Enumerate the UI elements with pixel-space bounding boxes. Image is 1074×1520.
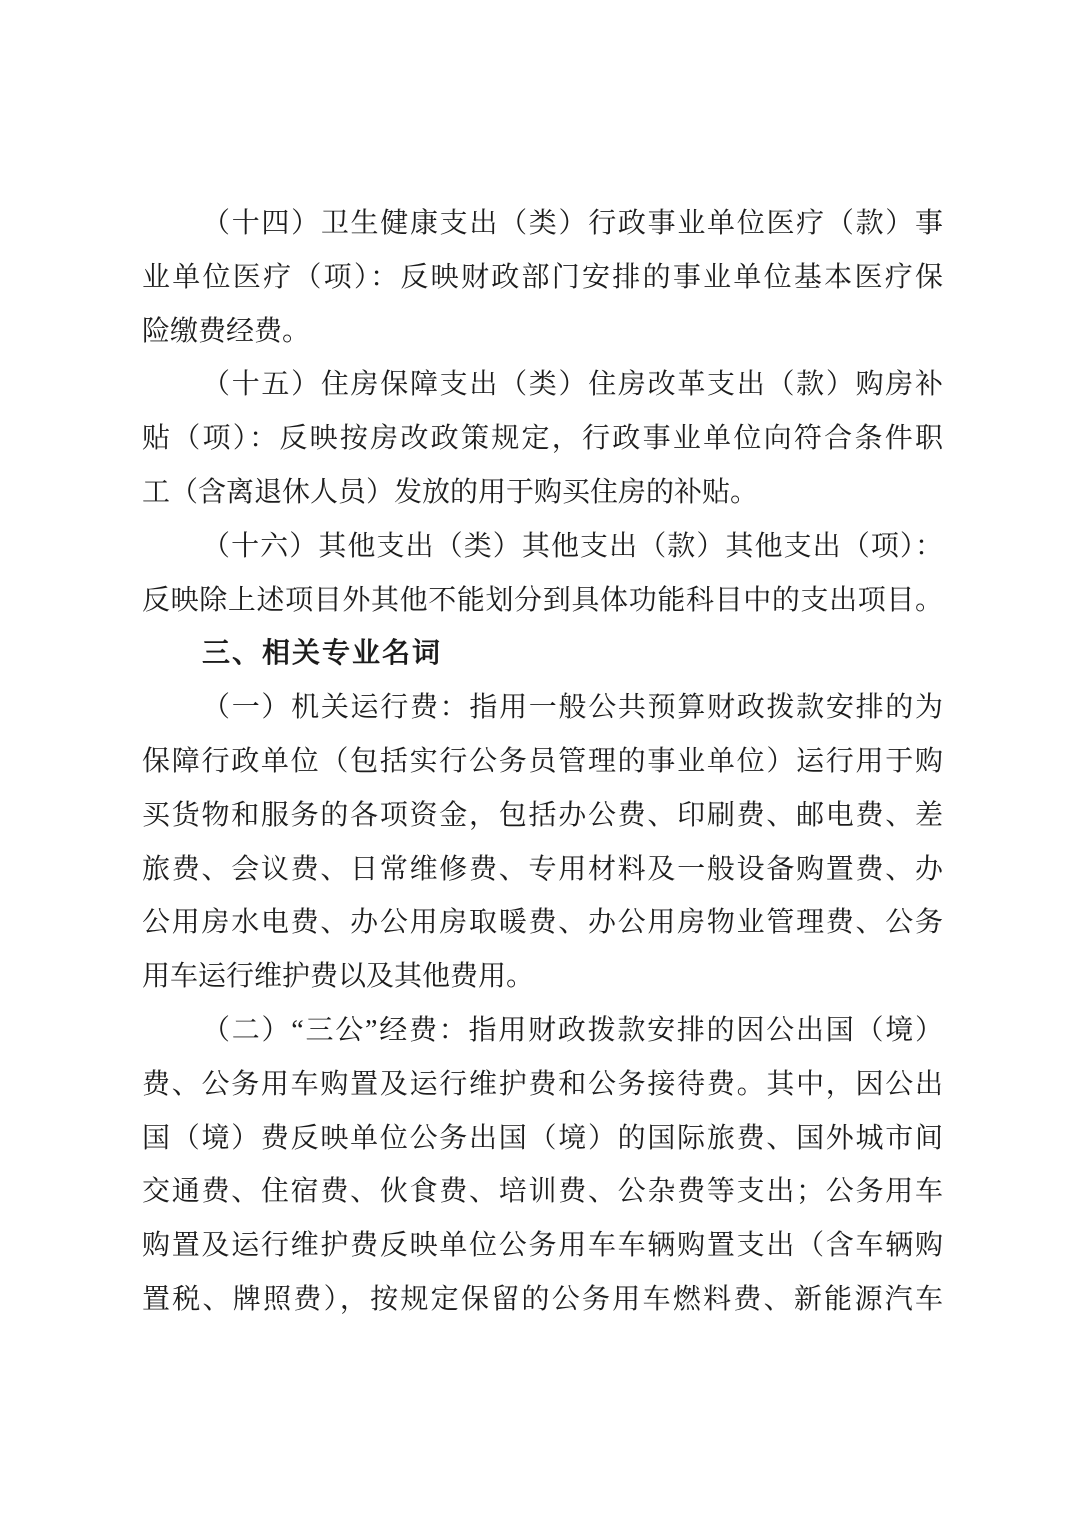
paragraph-expense-item-15: （十五）住房保障支出（类）住房改革支出（款）购房补 贴（项）：反映按房改政策规定… (142, 358, 943, 519)
document-line: 国（境）费反映单位公务出国（境）的国际旅费、国外城市间 (142, 1112, 943, 1166)
paragraph-expense-item-16: （十六）其他支出（类）其他支出（款）其他支出（项）： 反映除上述项目外其他不能划… (142, 520, 943, 628)
paragraph-term-agency-operation-fee: （一）机关运行费：指用一般公共预算财政拨款安排的为 保障行政单位（包括实行公务员… (142, 681, 943, 1004)
document-line: 购置及运行维护费反映单位公务用车车辆购置支出（含车辆购 (142, 1219, 943, 1273)
paragraph-term-three-public-funds: （二）“三公”经费：指用财政拨款安排的因公出国（境） 费、公务用车购置及运行维护… (142, 1004, 943, 1327)
document-text-block: （十四）卫生健康支出（类）行政事业单位医疗（款）事 业单位医疗（项）：反映财政部… (142, 197, 943, 1327)
document-line: 旅费、会议费、日常维修费、专用材料及一般设备购置费、办 (142, 843, 943, 897)
document-line: （一）机关运行费：指用一般公共预算财政拨款安排的为 (142, 681, 943, 735)
document-line: 工（含离退休人员）发放的用于购买住房的补贴。 (142, 466, 943, 520)
paragraph-section-heading: 三、相关专业名词 (142, 627, 943, 681)
document-line: 公用房水电费、办公用房取暖费、办公用房物业管理费、公务 (142, 896, 943, 950)
document-line: 业单位医疗（项）：反映财政部门安排的事业单位基本医疗保 (142, 251, 943, 305)
document-line: （十四）卫生健康支出（类）行政事业单位医疗（款）事 (142, 197, 943, 251)
document-line: 保障行政单位（包括实行公务员管理的事业单位）运行用于购 (142, 735, 943, 789)
document-line: 反映除上述项目外其他不能划分到具体功能科目中的支出项目。 (142, 574, 943, 628)
document-line: （二）“三公”经费：指用财政拨款安排的因公出国（境） (142, 1004, 943, 1058)
document-line: 交通费、住宿费、伙食费、培训费、公杂费等支出；公务用车 (142, 1165, 943, 1219)
document-line: 险缴费经费。 (142, 305, 943, 359)
document-line: 贴（项）：反映按房改政策规定，行政事业单位向符合条件职 (142, 412, 943, 466)
document-line: 买货物和服务的各项资金，包括办公费、印刷费、邮电费、差 (142, 789, 943, 843)
document-page: （十四）卫生健康支出（类）行政事业单位医疗（款）事 业单位医疗（项）：反映财政部… (0, 0, 1074, 1520)
document-line: （十五）住房保障支出（类）住房改革支出（款）购房补 (142, 358, 943, 412)
document-line: 置税、牌照费），按规定保留的公务用车燃料费、新能源汽车 (142, 1273, 943, 1327)
document-line: 用车运行维护费以及其他费用。 (142, 950, 943, 1004)
section-heading: 三、相关专业名词 (142, 627, 943, 681)
document-line: 费、公务用车购置及运行维护费和公务接待费。其中，因公出 (142, 1058, 943, 1112)
document-line: （十六）其他支出（类）其他支出（款）其他支出（项）： (142, 520, 943, 574)
paragraph-expense-item-14: （十四）卫生健康支出（类）行政事业单位医疗（款）事 业单位医疗（项）：反映财政部… (142, 197, 943, 358)
